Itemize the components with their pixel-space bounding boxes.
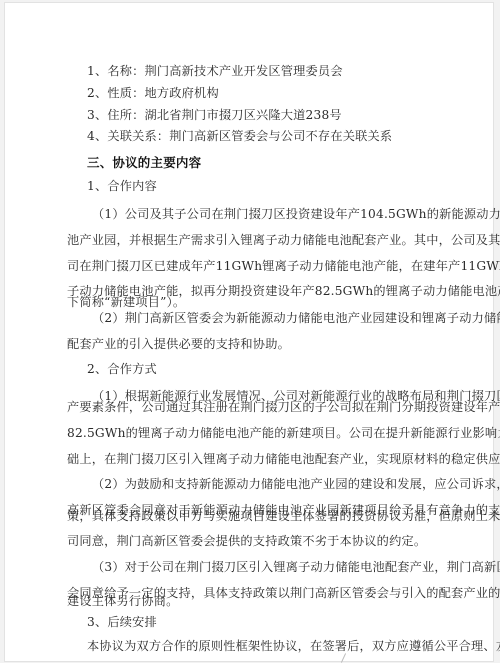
info-item-name: 1、名称：荆门高新技术产业开发区管理委员会	[87, 64, 343, 78]
paragraph-line: 82.5GWh的锂离子动力储能电池产能的新建项目。公司在提升新能源行业影响力的基	[67, 426, 500, 440]
paragraph-line: （3）对于公司在荆门掇刀区引入锂离子动力储能电池配套产业，荆门高新区管委	[92, 560, 500, 574]
paragraph-line: （1）公司及其子公司在荆门掇刀区投资建设年产104.5GWh的新能源动力储能电	[92, 207, 500, 221]
info-item-relation: 4、关联关系：荆门高新区管委会与公司不存在关联关系	[87, 129, 392, 143]
subsection-title-follow-up: 3、后续安排	[87, 615, 157, 629]
info-item-address: 3、住所：湖北省荆门市掇刀区兴隆大道238号	[87, 108, 342, 122]
paragraph-line: 池产业园，并根据生产需求引入锂离子动力储能电池配套产业。其中，公司及其子公	[67, 233, 500, 247]
section-heading: 三、协议的主要内容	[87, 156, 201, 170]
paragraph-line: 配套产业的引入提供必要的支持和协助。	[67, 337, 290, 351]
subsection-title-cooperation-method: 2、合作方式	[87, 362, 157, 376]
info-item-nature: 2、性质：地方政府机构	[87, 86, 219, 100]
paragraph-line: 本协议为双方合作的原则性框架性协议，在签署后，双方应遵循公平合理、友好	[87, 639, 500, 653]
document-page: 1、名称：荆门高新技术产业开发区管理委员会 2、性质：地方政府机构 3、住所：湖…	[4, 2, 494, 654]
paragraph-line: （2）荆门高新区管委会为新能源动力储能电池产业园建设和锂离子动力储能电池	[92, 311, 500, 325]
subsection-title-cooperation-content: 1、合作内容	[87, 179, 157, 193]
paragraph-line: （2）为鼓励和支持新能源动力储能电池产业园的建设和发展，应公司诉求，荆门	[92, 477, 500, 491]
paragraph-line: 建设主体另行协商。	[67, 594, 179, 608]
paragraph-line: 司在荆门掇刀区已建成年产11GWh锂离子动力储能电池产能，在建年产11GWh的锂…	[67, 259, 500, 273]
paragraph-line: 产要素条件，公司通过其注册在荆门掇刀区的子公司拟在荆门分期投资建设年产	[67, 400, 500, 414]
paragraph-line: 础上，在荆门掇刀区引入锂离子动力储能电池配套产业，实现原材料的稳定供应。	[67, 452, 500, 466]
paragraph-line: 下简称“新建项目”）。	[67, 295, 185, 309]
paragraph-line: 策，具体支持政策以甲方与实施项目建设主体签署的投资协议为准，但原则上未经公	[67, 509, 500, 523]
paragraph-line: 司同意，荆门高新区管委会提供的支持政策不劣于本协议的约定。	[67, 534, 426, 548]
